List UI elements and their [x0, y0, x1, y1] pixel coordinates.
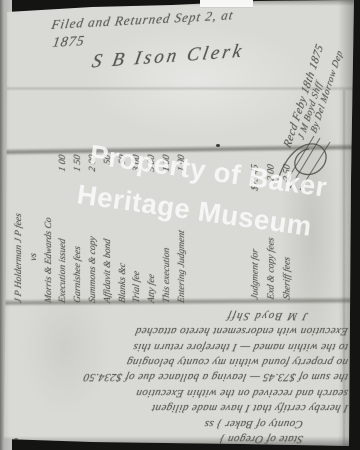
ink-speck	[216, 144, 220, 147]
archive-tab-sticker	[200, 0, 253, 8]
fee-amount	[42, 154, 57, 157]
cert-line: Execution with endorsement hereto attach…	[10, 323, 349, 338]
fee-text: Blanks &c	[116, 262, 131, 304]
pencil-mark	[14, 438, 18, 441]
fee-text: Trial fee	[130, 270, 145, 305]
fee-text: Morris & Edwards Co	[42, 216, 57, 304]
fee-amount: 1 50	[71, 154, 86, 173]
sheriff-return-certification: State of Oregon } County of Baker } ss I…	[12, 306, 348, 446]
fee-text: Entering Judgment	[175, 229, 190, 304]
cert-caption-county: County of Baker } ss	[10, 415, 349, 430]
fee-text: J P Holderman J P fees	[12, 212, 27, 304]
fee-text: Garnishee fees	[71, 245, 86, 304]
fee-line: Execution issued1 00	[56, 154, 71, 305]
fee-text: Affidavit & bond	[101, 238, 116, 304]
fee-text: Sheriff fees	[280, 256, 296, 301]
cert-line: I hereby certify that I have made dilige…	[10, 400, 349, 415]
fee-text: vs	[27, 252, 42, 263]
cert-line: no property found within my county belon…	[10, 354, 349, 369]
scan-background: Filed and Returned Sept 2, at 1875 S B I…	[0, 0, 360, 450]
fee-text: Summons & copy	[86, 235, 101, 304]
cert-line: the sum of $73.45 — leaving a ballance d…	[10, 369, 349, 384]
fee-text: Atty fee	[145, 273, 160, 304]
fee-amount: 1 00	[56, 154, 71, 173]
cert-line: search and received on the within Execut…	[10, 384, 349, 399]
document-page: Filed and Returned Sept 2, at 1875 S B I…	[2, 0, 354, 446]
fee-text: Judgment for	[248, 248, 264, 301]
fee-text: Execution issued	[56, 238, 71, 305]
fee-line: vs	[27, 154, 42, 305]
cert-sheriff-signature: J M Boyd Shff	[10, 307, 349, 322]
fee-text: Exd & copy fees	[264, 236, 280, 301]
fee-amount	[27, 154, 42, 157]
fee-line: Morris & Edwards Co	[42, 154, 57, 305]
cert-caption-state: State of Oregon }	[10, 431, 349, 446]
fee-text: This execution	[160, 247, 175, 305]
cert-line: to the within named — I therefore return…	[10, 338, 349, 353]
fee-amount	[12, 154, 27, 157]
fee-line: J P Holderman J P fees	[12, 154, 27, 305]
